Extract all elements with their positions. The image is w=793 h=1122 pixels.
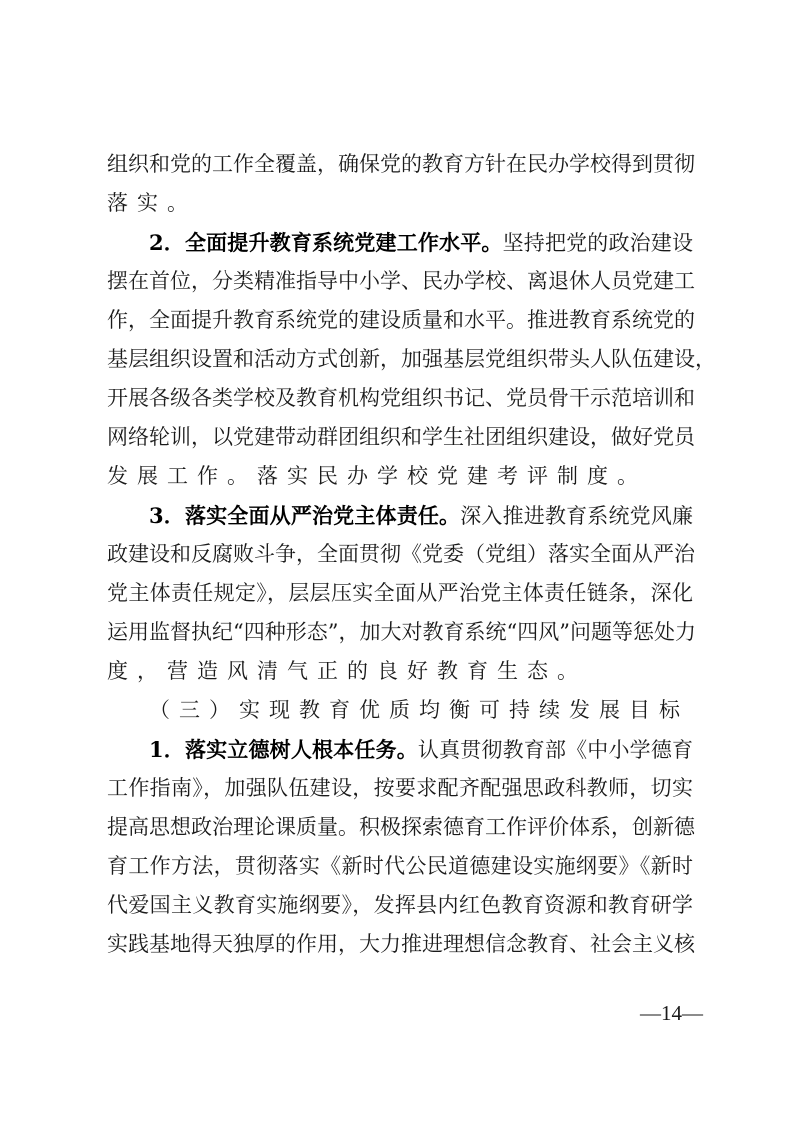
- paragraph-line: 代爱国主义教育实施纲要》，发挥县内红色教育资源和教育研学: [107, 886, 693, 925]
- paragraph-line: 实践基地得天独厚的作用，大力推进理想信念教育、社会主义核: [107, 925, 693, 964]
- paragraph-line: 基层组织设置和活动方式创新，加强基层党组织带头人队伍建设，: [107, 340, 693, 379]
- paragraph-text: 认真贯彻教育部《中小学德育: [418, 738, 693, 762]
- document-body: 组织和党的工作全覆盖，确保党的教育方针在民办学校得到贯彻 落实。 2．全面提升教…: [107, 145, 697, 964]
- paragraph-line: 开展各级各类学校及教育机构党组织书记、党员骨干示范培训和: [107, 379, 693, 418]
- subsection-heading: 2．全面提升教育系统党建工作水平。: [149, 230, 503, 255]
- subsection-heading-line: 1．落实立德树人根本任务。认真贯彻教育部《中小学德育: [107, 730, 693, 769]
- paragraph-text: 深入推进教育系统党风廉: [460, 504, 693, 528]
- paragraph-line: 发展工作。落实民办学校党建考评制度。: [107, 457, 697, 496]
- paragraph-line: 工作指南》，加强队伍建设，按要求配齐配强思政科教师，切实: [107, 769, 693, 808]
- paragraph-line: 组织和党的工作全覆盖，确保党的教育方针在民办学校得到贯彻: [107, 145, 693, 184]
- paragraph-line: 运用监督执纪“四种形态”，加大对教育系统“四风”问题等惩处力: [107, 613, 693, 652]
- paragraph-line: 落实。: [107, 184, 697, 223]
- paragraph-line: 摆在首位，分类精准指导中小学、民办学校、离退休人员党建工: [107, 262, 693, 301]
- paragraph-line: 度，营造风清气正的良好教育生态。: [107, 652, 697, 691]
- paragraph-line: 提高思想政治理论课质量。积极探索德育工作评价体系，创新德: [107, 808, 693, 847]
- section-heading: （三）实现教育优质均衡可持续发展目标: [107, 691, 697, 730]
- subsection-heading: 1．落实立德树人根本任务。: [149, 737, 418, 762]
- paragraph-text: 坚持把党的政治建设: [503, 231, 693, 255]
- subsection-heading: 3．落实全面从严治党主体责任。: [149, 503, 460, 528]
- paragraph-line: 政建设和反腐败斗争，全面贯彻《党委（党组）落实全面从严治: [107, 535, 693, 574]
- subsection-heading-line: 2．全面提升教育系统党建工作水平。坚持把党的政治建设: [107, 223, 693, 262]
- subsection-heading-line: 3．落实全面从严治党主体责任。深入推进教育系统党风廉: [107, 496, 693, 535]
- paragraph-line: 育工作方法，贯彻落实《新时代公民道德建设实施纲要》《新时: [107, 847, 693, 886]
- paragraph-line: 党主体责任规定》，层层压实全面从严治党主体责任链条，深化: [107, 574, 693, 613]
- paragraph-line: 网络轮训，以党建带动群团组织和学生社团组织建设，做好党员: [107, 418, 693, 457]
- page-number: —14—: [640, 1001, 703, 1026]
- paragraph-line: 作，全面提升教育系统党的建设质量和水平。推进教育系统党的: [107, 301, 693, 340]
